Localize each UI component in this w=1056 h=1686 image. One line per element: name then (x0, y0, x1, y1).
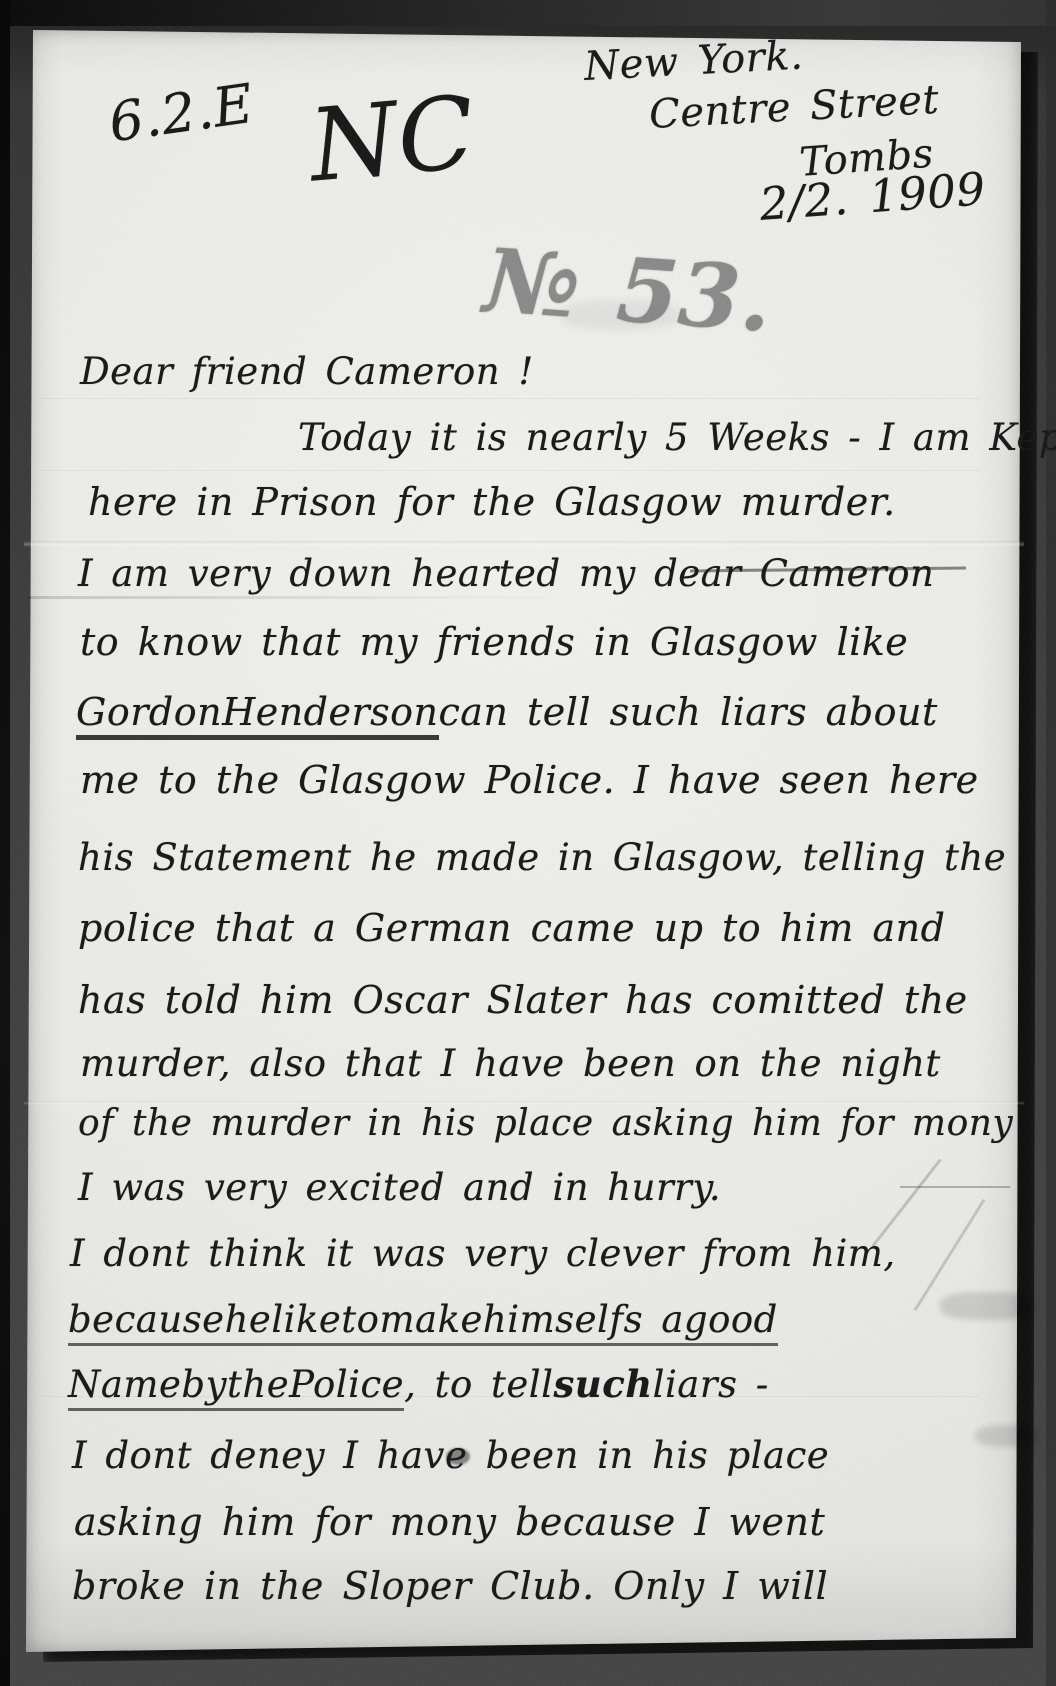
body-line-13: I dont think it was very clever from him… (70, 1232, 896, 1275)
text-segment: , to tell (404, 1363, 553, 1406)
text-segment: Centre Street (648, 77, 940, 138)
text-segment: can tell such liars about (439, 690, 938, 734)
text-segment: 6.2.E (105, 72, 257, 155)
text-segment: Name (68, 1363, 181, 1411)
text-segment: make (379, 1298, 482, 1346)
body-line-8: police that a German came up to him and (78, 906, 945, 950)
body-line-15: Name by the Police, to tell such liars - (68, 1362, 769, 1411)
text-segment: police that a German came up to him and (78, 906, 945, 950)
body-line-16: I dont deney I have been in his place (72, 1434, 829, 1477)
text-segment: has told him Oscar Slater has comitted t… (78, 978, 968, 1022)
text-segment: here in Prison for the Glasgow murder. (88, 480, 896, 524)
text-segment: I dont deney I have been in his place (72, 1434, 829, 1477)
text-segment: broke in the Sloper Club. Only I will (72, 1564, 828, 1608)
letter-photograph: New York.Centre StreetTombs2/2. 19096.2.… (0, 0, 1056, 1686)
text-segment: such (553, 1362, 652, 1406)
text-segment: New York. (583, 33, 804, 90)
body-line-2: here in Prison for the Glasgow murder. (88, 480, 896, 524)
header-street: Centre Street (648, 77, 940, 138)
body-line-18: broke in the Sloper Club. Only I will (72, 1564, 828, 1608)
text-segment: his Statement he made in Glasgow, tellin… (78, 836, 1006, 879)
body-line-11: of the murder in his place asking him fo… (78, 1103, 1013, 1144)
body-line-12: I was very excited and in hurry. (78, 1166, 721, 1209)
text-segment: the (227, 1363, 289, 1411)
annotation-file-mark: 6.2.E (105, 72, 257, 155)
body-line-1: Today it is nearly 5 Weeks - I am Kept (298, 416, 1056, 459)
text-segment: good (684, 1298, 778, 1346)
body-line-6: me to the Glasgow Police. I have seen he… (80, 758, 979, 802)
text-segment: I dont think it was very clever from him… (70, 1232, 896, 1275)
body-line-17: asking him for mony because I went (74, 1500, 825, 1544)
text-segment: he (225, 1298, 272, 1346)
text-segment: Police (289, 1363, 404, 1411)
text-segment: because (68, 1298, 225, 1346)
annotation-monogram: NC (305, 74, 480, 205)
body-line-10: murder, also that I have been on the nig… (80, 1042, 941, 1085)
text-segment: № 53. (481, 228, 775, 352)
body-line-4: to know that my friends in Glasgow like (80, 620, 908, 664)
text-segment: of the murder in his place asking him fo… (78, 1103, 1013, 1144)
header-city: New York. (583, 33, 804, 90)
text-segment: I am very down hearted my dear Cameron (78, 552, 934, 595)
salutation: Dear friend Cameron ! (80, 350, 534, 393)
body-line-3: I am very down hearted my dear Cameron (78, 552, 934, 595)
header-date: 2/2. 1909 (758, 162, 987, 231)
text-segment: by (181, 1363, 227, 1411)
body-line-7: his Statement he made in Glasgow, tellin… (78, 836, 1006, 879)
text-segment: NC (305, 74, 480, 205)
text-segment: liars - (653, 1363, 769, 1406)
text-segment: to (341, 1298, 379, 1346)
text-segment: like (271, 1298, 341, 1346)
text-segment: murder, also that I have been on the nig… (80, 1042, 941, 1085)
text-segment: 2/2. 1909 (758, 162, 987, 231)
body-line-14: because he like to make himselfs a good (68, 1298, 778, 1346)
text-segment: Henderson (222, 690, 438, 740)
text-segment: Today it is nearly 5 Weeks - I am Kept (298, 416, 1056, 459)
text-segment: me to the Glasgow Police. I have seen he… (80, 758, 979, 802)
text-segment: Dear friend Cameron ! (80, 350, 534, 393)
text-segment: I was very excited and in hurry. (78, 1166, 721, 1209)
text-segment: to know that my friends in Glasgow like (80, 620, 908, 664)
body-line-5: Gordon Henderson can tell such liars abo… (76, 690, 938, 740)
doc-number: № 53. (481, 228, 775, 352)
text-segment: Gordon (76, 690, 222, 740)
body-line-9: has told him Oscar Slater has comitted t… (78, 978, 968, 1022)
text-segment: asking him for mony because I went (74, 1500, 825, 1544)
text-segment: himselfs a (483, 1298, 684, 1346)
handwriting-layer: New York.Centre StreetTombs2/2. 19096.2.… (0, 0, 1056, 1686)
